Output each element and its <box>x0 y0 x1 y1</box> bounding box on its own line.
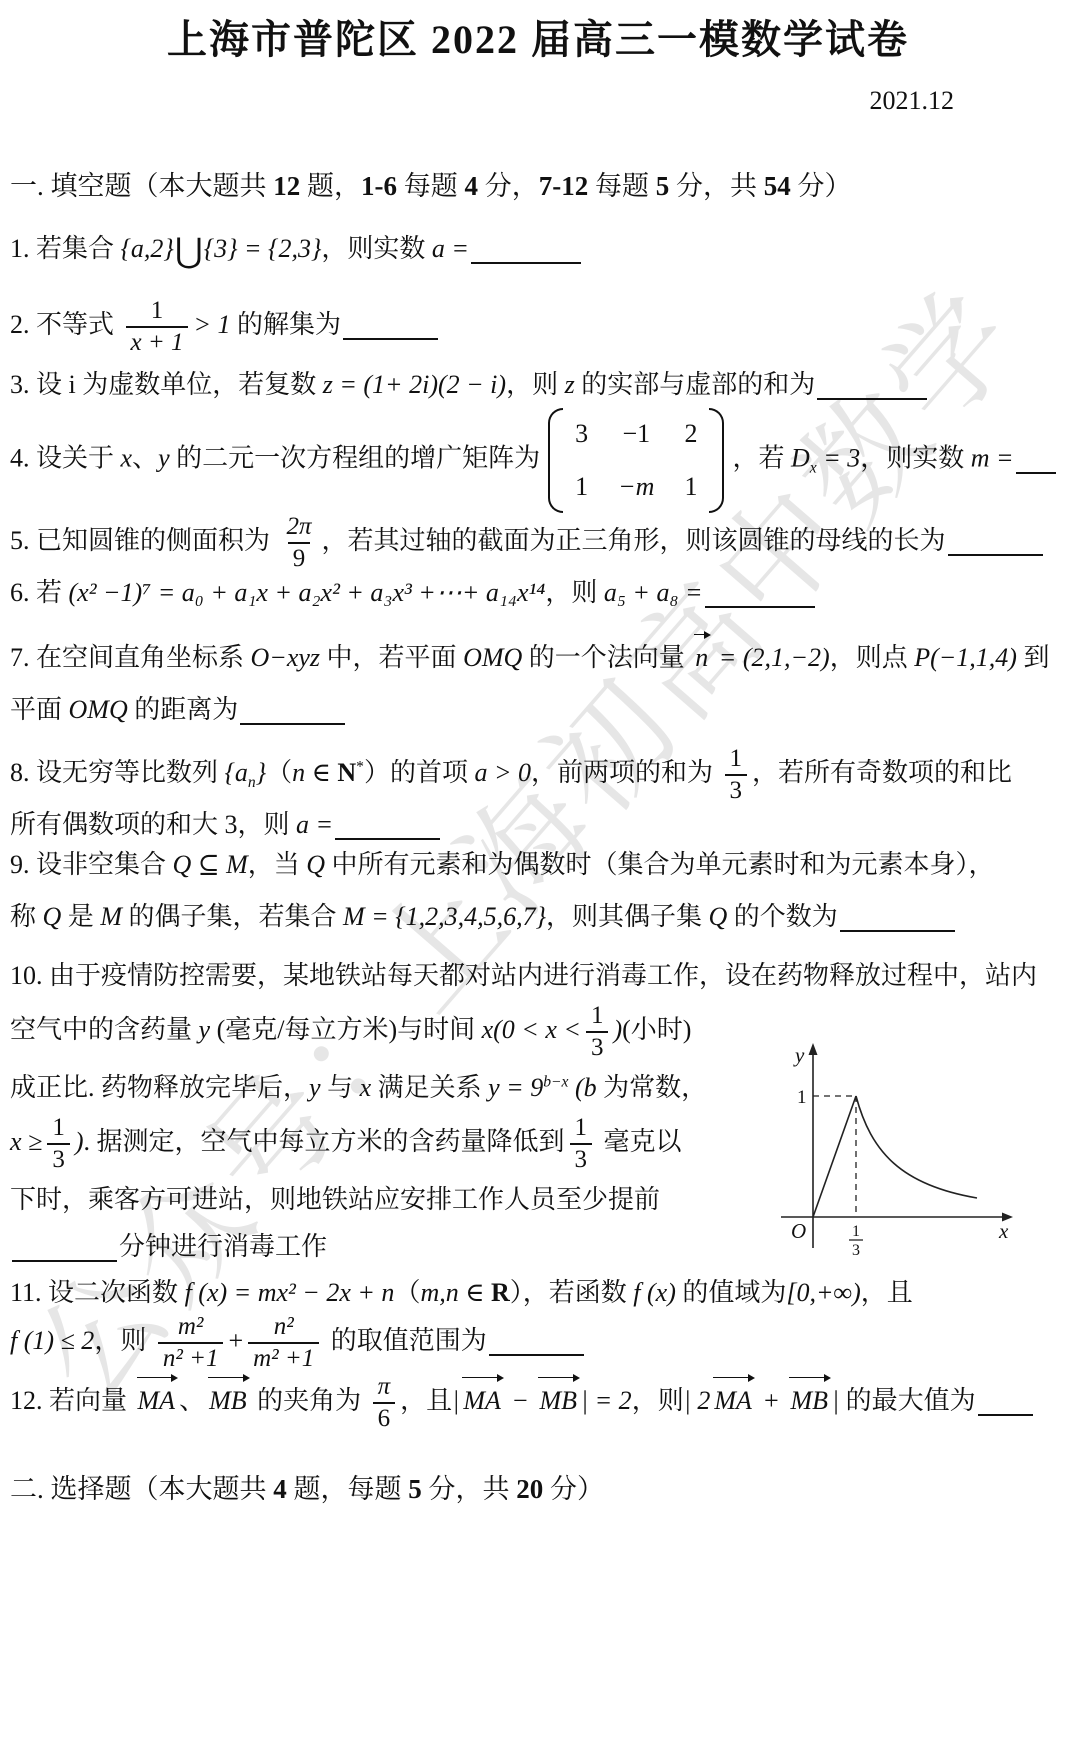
augmented-matrix: 3−121−m1 <box>548 408 724 513</box>
question-4: 4. 设关于 x、y 的二元一次方程组的增广矩阵为3−121−m1，若 Dx =… <box>10 408 1066 513</box>
heading-number: 5 <box>656 171 670 201</box>
math-expression: O−xyz <box>251 643 321 672</box>
question-text: ，且 <box>861 1278 913 1307</box>
answer-blank <box>489 1328 584 1356</box>
math-expression: = (2,1,−2) <box>712 643 829 672</box>
question-text: 设二次函数 <box>42 1278 185 1307</box>
fraction: n²m² +1 <box>248 1313 319 1373</box>
question-8-line-1: 8. 设无穷等比数列 {an}（n ∈ N*）的首项 a > 0，前两项的和为 … <box>10 745 1066 805</box>
exam-page: 公众号：上海初高中数学 上海市普陀区 2022 届高三一模数学试卷 2021.1… <box>0 0 1080 1748</box>
heading-text: 分， <box>478 171 539 201</box>
superscript: b−x <box>543 1073 568 1090</box>
question-number: 4. <box>10 444 30 473</box>
question-text: 与 <box>321 1073 360 1102</box>
question-text: ），若函数 <box>510 1278 634 1307</box>
fraction: 13 <box>47 1114 70 1174</box>
math-expression: > 1 <box>193 310 230 339</box>
math-expression: {a,2} <box>121 234 174 263</box>
question-number: 10. <box>10 961 43 990</box>
answer-blank <box>240 697 345 725</box>
question-text: 分钟进行消毒工作 <box>119 1232 327 1261</box>
matrix-entries: 3−121−m1 <box>563 408 709 513</box>
question-text: ，且 <box>400 1386 452 1415</box>
q10-function-graph: y x O 1 1 3 <box>771 1040 1016 1285</box>
fraction: m²n² +1 <box>158 1313 224 1373</box>
math-expression: = 3 <box>817 444 861 473</box>
math-expression: a = <box>432 234 469 263</box>
y-axis-arrow-icon <box>809 1043 818 1055</box>
question-text: ，则 <box>94 1326 153 1355</box>
answer-blank <box>978 1388 1033 1416</box>
question-number: 7. <box>10 643 30 672</box>
math-expression: y <box>199 1015 211 1044</box>
matrix-cell: 2 <box>684 414 697 454</box>
math-expression: a₅ + a₈ = <box>604 578 703 607</box>
union-symbol: ⋃ <box>174 233 204 270</box>
math-expression: | 2 <box>684 1386 711 1415</box>
numerator: 1 <box>586 1002 609 1031</box>
question-5: 5. 已知圆锥的侧面积为 2π9，若其过轴的截面为正三角形，则该圆锥的母线的长为 <box>10 513 1066 573</box>
vector-MB: MB <box>536 1377 580 1421</box>
fraction: 1x + 1 <box>126 297 189 357</box>
vector-MB: MB <box>787 1377 831 1421</box>
question-12-line: 12. 若向量 MA、MB 的夹角为 π6，且|MA − MB| = 2，则| … <box>10 1373 1066 1433</box>
left-paren-shape <box>548 408 563 513</box>
heading-text: 二. 选择题（本大题共 <box>10 1474 273 1504</box>
question-text: 设无穷等比数列 <box>30 758 225 787</box>
math-expression: (x² −1)⁷ = a₀ + a₁x + a₂x² + a₃x³ +⋯+ a₁… <box>69 578 546 607</box>
math-expression: M = {1,2,3,4,5,6,7} <box>343 902 546 931</box>
question-text: （ <box>266 758 292 787</box>
math-expression: y <box>309 1073 321 1102</box>
question-text: 毫克以 <box>597 1127 682 1156</box>
math-expression: x <box>121 444 133 473</box>
question-text: ，则 <box>545 578 604 607</box>
heading-text: 分，共 <box>422 1474 517 1504</box>
numerator: 1 <box>47 1114 70 1143</box>
math-expression: z <box>565 370 575 399</box>
numerator: 1 <box>725 745 748 774</box>
superscript: * <box>356 758 364 775</box>
matrix-cell: 1 <box>575 467 588 507</box>
numerator: m² <box>173 1313 209 1342</box>
exam-date: 2021.12 <box>10 84 1066 118</box>
math-expression: m,n ∈ <box>420 1278 491 1307</box>
heading-text: 分） <box>543 1474 604 1504</box>
question-text: ，则点 <box>830 643 915 672</box>
heading-text: 分，共 <box>669 171 764 201</box>
question-text: ，若所有奇数项的和比 <box>752 758 1012 787</box>
math-expression: x(0 < x < <box>482 1015 581 1044</box>
denominator: 3 <box>586 1031 609 1062</box>
question-text: 的取值范围为 <box>324 1326 487 1355</box>
math-expression: f (1) ≤ 2 <box>10 1326 94 1355</box>
numerator: π <box>373 1373 396 1402</box>
answer-blank <box>705 580 815 608</box>
y-tick-label: 1 <box>797 1087 807 1108</box>
answer-blank <box>840 904 955 932</box>
question-text: ）的首项 <box>364 758 475 787</box>
math-expression: {a <box>225 758 248 787</box>
heading-text: 分） <box>791 171 852 201</box>
question-text: 下时，乘客方可进站，则地铁站应安排工作人员至少提前 <box>10 1185 660 1214</box>
question-text: 中，若平面 <box>320 643 463 672</box>
fraction: π6 <box>373 1373 396 1433</box>
heading-number: 4 <box>273 1474 287 1504</box>
question-text: 的一个法向量 <box>522 643 691 672</box>
denominator: m² +1 <box>248 1342 319 1373</box>
question-8: 8. 设无穷等比数列 {an}（n ∈ N*）的首项 a > 0，前两项的和为 … <box>10 745 1066 845</box>
question-text: ，当 <box>248 850 307 879</box>
question-text: ，则 <box>632 1386 684 1415</box>
question-text: ，则其偶子集 <box>546 902 709 931</box>
heading-text: 一. 填空题（本大题共 <box>10 171 273 201</box>
question-text: ，则实数 <box>321 234 432 263</box>
question-text: 的值域为 <box>676 1278 787 1307</box>
question-text: (小时) <box>622 1015 691 1044</box>
question-text: 若 <box>30 578 69 607</box>
math-expression: } <box>256 758 266 787</box>
numerator: 2π <box>282 513 317 542</box>
heading-number: 5 <box>408 1474 422 1504</box>
vector-MA: MA <box>135 1377 179 1421</box>
math-expression: f (x) = mx² − 2x + n <box>185 1278 395 1307</box>
question-text: . 据测定，空气中每立方米的含药量降低到 <box>83 1127 564 1156</box>
question-text: 的个数为 <box>727 902 838 931</box>
fraction: 13 <box>586 1002 609 1062</box>
section-2-heading: 二. 选择题（本大题共 4 题，每题 5 分，共 20 分） <box>10 1469 1066 1510</box>
question-text: 到 <box>1017 643 1050 672</box>
answer-blank <box>335 812 440 840</box>
fraction: 2π9 <box>282 513 317 573</box>
question-10: 10. 由于疫情防控需要，某地铁站每天都对站内进行消毒工作，设在药物释放过程中，… <box>10 956 1066 1267</box>
question-2-line: 2. 不等式 1x + 1> 1 的解集为 <box>10 297 1066 357</box>
question-text: 称 <box>10 902 43 931</box>
math-expression: y <box>158 444 170 473</box>
heading-number: 7-12 <box>539 171 589 201</box>
math-expression: Q <box>43 902 62 931</box>
subscript: n <box>248 774 256 791</box>
math-expression: a = <box>296 810 333 839</box>
math-expression: | <box>452 1386 459 1415</box>
question-text: 的距离为 <box>128 695 239 724</box>
right-paren-shape <box>709 408 724 513</box>
question-10-line-1: 10. 由于疫情防控需要，某地铁站每天都对站内进行消毒工作，设在药物释放过程中，… <box>10 956 1066 996</box>
heading-text: 每题 <box>397 171 465 201</box>
question-text: ，则 <box>506 370 565 399</box>
denominator: x + 1 <box>126 326 189 357</box>
answer-blank <box>343 312 438 340</box>
denominator: 9 <box>288 542 311 573</box>
math-expression: (b <box>568 1073 596 1102</box>
question-text: 在空间直角坐标系 <box>30 643 251 672</box>
math-expression: + <box>756 1386 787 1415</box>
question-text: 空气中的含药量 <box>10 1015 199 1044</box>
x-tick-denominator: 3 <box>852 1242 860 1259</box>
set-symbol: N <box>337 758 356 787</box>
subscript: x <box>810 460 817 477</box>
question-7-line-2: 平面 OMQ 的距离为 <box>10 690 1066 730</box>
fraction: 13 <box>725 745 748 805</box>
question-4-line: 4. 设关于 x、y 的二元一次方程组的增广矩阵为3−121−m1，若 Dx =… <box>10 408 1066 513</box>
x-axis-label: x <box>998 1219 1009 1243</box>
question-number: 5. <box>10 526 30 555</box>
question-11-line-1: 11. 设二次函数 f (x) = mx² − 2x + n（m,n ∈ R），… <box>10 1273 1066 1313</box>
plus-sign: + <box>228 1326 243 1355</box>
question-text: 的二元一次方程组的增广矩阵为 <box>170 444 541 473</box>
matrix-cell: −m <box>618 467 654 507</box>
denominator: n² +1 <box>158 1342 224 1373</box>
matrix-cell: 3 <box>575 414 588 454</box>
question-2: 2. 不等式 1x + 1> 1 的解集为 <box>10 297 1066 357</box>
question-number: 9. <box>10 850 30 879</box>
question-number: 12. <box>10 1386 43 1415</box>
question-9-line-1: 9. 设非空集合 Q ⊆ M，当 Q 中所有元素和为偶数时（集合为单元素时和为元… <box>10 845 1066 885</box>
math-expression: Q <box>306 850 325 879</box>
math-expression: m = <box>971 444 1014 473</box>
question-text: 若向量 <box>43 1386 134 1415</box>
question-7-line-1: 7. 在空间直角坐标系 O−xyz 中，若平面 OMQ 的一个法向量 n = (… <box>10 634 1066 678</box>
question-text: 的实部与虚部的和为 <box>575 370 816 399</box>
question-text: ，若 <box>732 444 791 473</box>
math-expression: a > 0 <box>474 758 531 787</box>
question-number: 11. <box>10 1278 42 1307</box>
denominator: 6 <box>373 1402 396 1433</box>
question-1-line: 1. 若集合 {a,2}⋃{3} = {2,3}，则实数 a = <box>10 226 1066 279</box>
question-12: 12. 若向量 MA、MB 的夹角为 π6，且|MA − MB| = 2，则| … <box>10 1373 1066 1433</box>
question-text: 平面 <box>10 695 69 724</box>
numerator: 1 <box>570 1114 593 1143</box>
question-text: 、 <box>132 444 158 473</box>
matrix-cell: 1 <box>684 467 697 507</box>
question-11: 11. 设二次函数 f (x) = mx² − 2x + n（m,n ∈ R），… <box>10 1273 1066 1373</box>
section-1-heading: 一. 填空题（本大题共 12 题，1-6 每题 4 分，7-12 每题 5 分，… <box>10 166 1066 207</box>
answer-blank <box>12 1234 117 1262</box>
question-number: 3. <box>10 370 30 399</box>
vector-MB: MB <box>206 1377 250 1421</box>
question-text: （ <box>394 1278 420 1307</box>
exam-content: 上海市普陀区 2022 届高三一模数学试卷 2021.12 一. 填空题（本大题… <box>10 16 1066 1510</box>
math-expression: D <box>791 444 810 473</box>
question-text: 为常数， <box>597 1073 708 1102</box>
vector-MA: MA <box>711 1377 755 1421</box>
heading-number: 1-6 <box>361 171 397 201</box>
question-text: ，前两项的和为 <box>531 758 720 787</box>
answer-blank <box>948 528 1043 556</box>
fraction: 13 <box>570 1114 593 1174</box>
denominator: 3 <box>570 1143 593 1174</box>
heading-text: 题，每题 <box>287 1474 409 1504</box>
numerator: 1 <box>146 297 169 326</box>
question-text: ，若其过轴的截面为正三角形，则该圆锥的母线的长为 <box>322 526 946 555</box>
math-expression: OMQ <box>463 643 522 672</box>
question-6: 6. 若 (x² −1)⁷ = a₀ + a₁x + a₂x² + a₃x³ +… <box>10 573 1066 613</box>
vector-n: n <box>692 634 711 678</box>
question-text: 所有偶数项的和大 3，则 <box>10 810 296 839</box>
math-expression: ) <box>613 1015 622 1044</box>
answer-blank <box>1016 446 1056 474</box>
question-text: 、 <box>179 1386 205 1415</box>
heading-number: 4 <box>465 171 479 201</box>
question-text: ，则实数 <box>860 444 971 473</box>
origin-label: O <box>791 1219 806 1243</box>
vector-MA: MA <box>460 1377 504 1421</box>
numerator: n² <box>269 1313 299 1342</box>
question-text: 的偶子集，若集合 <box>122 902 343 931</box>
denominator: 3 <box>725 774 748 805</box>
question-text: (毫克/每立方米)与时间 <box>210 1015 482 1044</box>
math-expression: f (x) <box>633 1278 676 1307</box>
question-text: 是 <box>61 902 100 931</box>
math-expression: M <box>100 902 122 931</box>
math-expression: x ≥ <box>10 1127 42 1156</box>
question-3-line: 3. 设 i 为虚数单位，若复数 z = (1+ 2i)(2 − i)，则 z … <box>10 365 1066 405</box>
math-expression: x <box>360 1073 372 1102</box>
question-9-line-2: 称 Q 是 M 的偶子集，若集合 M = {1,2,3,4,5,6,7}，则其偶… <box>10 897 1066 937</box>
math-expression: Q <box>709 902 728 931</box>
question-text: 设非空集合 <box>30 850 173 879</box>
heading-number: 12 <box>273 171 300 201</box>
question-text: 成正比. 药物释放完毕后， <box>10 1073 309 1102</box>
y-axis-label: y <box>793 1043 805 1067</box>
x-tick-numerator: 1 <box>852 1223 860 1240</box>
question-text: 的夹角为 <box>251 1386 368 1415</box>
question-8-line-2: 所有偶数项的和大 3，则 a = <box>10 805 1066 845</box>
math-expression: P(−1,1,4) <box>914 643 1017 672</box>
question-text: 中所有元素和为偶数时（集合为单元素时和为元素本身）， <box>325 850 995 879</box>
math-expression: n ∈ <box>292 758 337 787</box>
answer-blank <box>471 236 581 264</box>
heading-number: 20 <box>516 1474 543 1504</box>
math-expression: [0,+∞) <box>786 1278 860 1307</box>
question-number: 1. <box>10 234 30 263</box>
page-title: 上海市普陀区 2022 届高三一模数学试卷 <box>10 16 1066 64</box>
math-expression: Q ⊆ M <box>173 850 248 879</box>
question-number: 2. <box>10 310 30 339</box>
math-expression: − <box>505 1386 536 1415</box>
math-expression: OMQ <box>69 695 128 724</box>
heading-text: 题， <box>300 171 361 201</box>
set-symbol: R <box>491 1278 510 1307</box>
question-text: 已知圆锥的侧面积为 <box>30 526 277 555</box>
question-text: 不等式 <box>30 310 121 339</box>
denominator: 3 <box>47 1143 70 1174</box>
question-number: 8. <box>10 758 30 787</box>
math-expression: | = 2 <box>581 1386 632 1415</box>
heading-number: 54 <box>764 171 791 201</box>
question-1: 1. 若集合 {a,2}⋃{3} = {2,3}，则实数 a = <box>10 226 1066 279</box>
rising-segment <box>813 1096 856 1217</box>
question-text: 的解集为 <box>231 310 342 339</box>
question-3: 3. 设 i 为虚数单位，若复数 z = (1+ 2i)(2 − i)，则 z … <box>10 365 1066 405</box>
question-11-line-2: f (1) ≤ 2，则 m²n² +1+n²m² +1 的取值范围为 <box>10 1313 1066 1373</box>
matrix-cell: −1 <box>618 414 654 454</box>
question-7: 7. 在空间直角坐标系 O−xyz 中，若平面 OMQ 的一个法向量 n = (… <box>10 634 1066 731</box>
question-text: 设关于 <box>30 444 121 473</box>
math-expression: z = (1+ 2i)(2 − i) <box>323 370 506 399</box>
question-6-line: 6. 若 (x² −1)⁷ = a₀ + a₁x + a₂x² + a₃x³ +… <box>10 573 1066 613</box>
question-number: 6. <box>10 578 30 607</box>
math-expression: {3} = {2,3} <box>204 234 322 263</box>
math-expression: y = 9 <box>488 1073 543 1102</box>
question-text: 满足关系 <box>371 1073 488 1102</box>
heading-text: 每题 <box>588 171 656 201</box>
question-text: 由于疫情防控需要，某地铁站每天都对站内进行消毒工作，设在药物释放过程中，站内 <box>43 961 1038 990</box>
question-text: 若集合 <box>30 234 121 263</box>
question-9: 9. 设非空集合 Q ⊆ M，当 Q 中所有元素和为偶数时（集合为单元素时和为元… <box>10 845 1066 938</box>
decay-curve <box>856 1096 977 1198</box>
answer-blank <box>817 372 927 400</box>
question-5-line: 5. 已知圆锥的侧面积为 2π9，若其过轴的截面为正三角形，则该圆锥的母线的长为 <box>10 513 1066 573</box>
question-text: 设 i 为虚数单位，若复数 <box>30 370 323 399</box>
question-text: 的最大值为 <box>839 1386 976 1415</box>
